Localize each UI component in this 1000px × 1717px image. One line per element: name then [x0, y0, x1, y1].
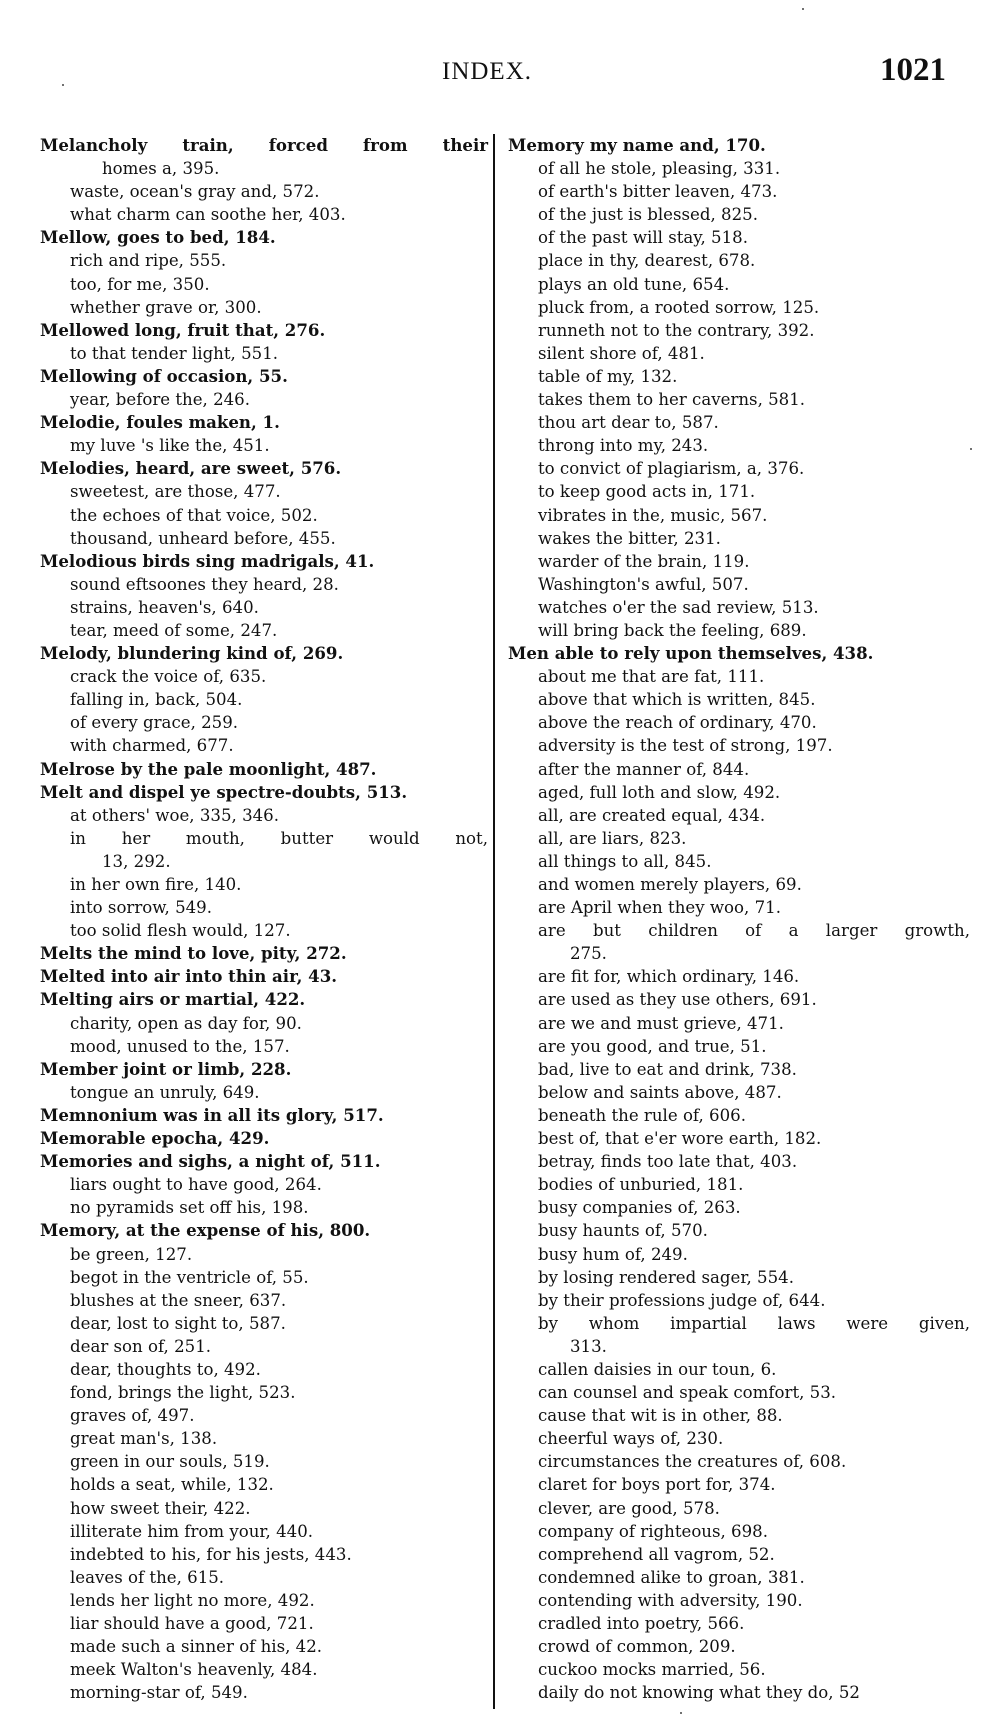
index-subentry: mood, unused to the, 157. [40, 1035, 488, 1058]
index-subentry: condemned alike to groan, 381. [508, 1566, 970, 1589]
index-heading-entry: Melodie, foules maken, 1. [40, 411, 488, 434]
index-heading-entry: Melancholy train, forced from their [40, 134, 488, 157]
index-subentry: plays an old tune, 654. [508, 273, 970, 296]
index-subentry: are we and must grieve, 471. [508, 1012, 970, 1035]
index-column-right: Memory my name and, 170.of all he stole,… [508, 134, 970, 1704]
index-subentry: comprehend all vagrom, 52. [508, 1543, 970, 1566]
index-subentry: clever, are good, 578. [508, 1497, 970, 1520]
index-subentry: liars ought to have good, 264. [40, 1173, 488, 1196]
index-subentry: rich and ripe, 555. [40, 249, 488, 272]
index-subentry: are you good, and true, 51. [508, 1035, 970, 1058]
print-speck [970, 448, 972, 450]
index-subentry: of earth's bitter leaven, 473. [508, 180, 970, 203]
index-subentry: bad, live to eat and drink, 738. [508, 1058, 970, 1081]
index-subentry: are April when they woo, 71. [508, 896, 970, 919]
index-subentry: illiterate him from your, 440. [40, 1520, 488, 1543]
index-subentry: cuckoo mocks married, 56. [508, 1658, 970, 1681]
index-subentry: after the manner of, 844. [508, 758, 970, 781]
index-entry-continuation: 13, 292. [40, 850, 488, 873]
index-heading-entry: Memories and sighs, a night of, 511. [40, 1150, 488, 1173]
index-subentry: charity, open as day for, 90. [40, 1012, 488, 1035]
index-subentry: in her mouth, butter would not, [40, 827, 488, 850]
index-subentry: by whom impartial laws were given, [508, 1312, 970, 1335]
index-subentry: can counsel and speak comfort, 53. [508, 1381, 970, 1404]
index-subentry: betray, finds too late that, 403. [508, 1150, 970, 1173]
print-speck [680, 1712, 682, 1714]
index-subentry: strains, heaven's, 640. [40, 596, 488, 619]
page-header: INDEX. 1021 [0, 52, 1000, 92]
index-subentry: liar should have a good, 721. [40, 1612, 488, 1635]
index-subentry: about me that are fat, 111. [508, 665, 970, 688]
index-subentry: green in our souls, 519. [40, 1450, 488, 1473]
index-subentry: tear, meed of some, 247. [40, 619, 488, 642]
index-subentry: indebted to his, for his jests, 443. [40, 1543, 488, 1566]
index-subentry: place in thy, dearest, 678. [508, 249, 970, 272]
index-heading-entry: Memory my name and, 170. [508, 134, 970, 157]
index-subentry: aged, full loth and slow, 492. [508, 781, 970, 804]
index-subentry: whether grave or, 300. [40, 296, 488, 319]
index-subentry: daily do not knowing what they do, 52 [508, 1681, 970, 1704]
index-subentry: claret for boys port for, 374. [508, 1473, 970, 1496]
index-subentry: cradled into poetry, 566. [508, 1612, 970, 1635]
index-subentry: bodies of unburied, 181. [508, 1173, 970, 1196]
index-subentry: all, are created equal, 434. [508, 804, 970, 827]
index-subentry: cheerful ways of, 230. [508, 1427, 970, 1450]
index-subentry: in her own fire, 140. [40, 873, 488, 896]
index-subentry: company of righteous, 698. [508, 1520, 970, 1543]
index-subentry: all things to all, 845. [508, 850, 970, 873]
index-heading-entry: Mellow, goes to bed, 184. [40, 226, 488, 249]
index-subentry: too, for me, 350. [40, 273, 488, 296]
index-subentry: leaves of the, 615. [40, 1566, 488, 1589]
index-subentry: busy hum of, 249. [508, 1243, 970, 1266]
index-subentry: above the reach of ordinary, 470. [508, 711, 970, 734]
index-heading-entry: Melting airs or martial, 422. [40, 988, 488, 1011]
index-heading-entry: Melrose by the pale moonlight, 487. [40, 758, 488, 781]
index-subentry: be green, 127. [40, 1243, 488, 1266]
index-subentry: are but children of a larger growth, [508, 919, 970, 942]
index-subentry: morning-star of, 549. [40, 1681, 488, 1704]
index-subentry: blushes at the sneer, 637. [40, 1289, 488, 1312]
index-subentry: lends her light no more, 492. [40, 1589, 488, 1612]
index-subentry: begot in the ventricle of, 55. [40, 1266, 488, 1289]
index-subentry: watches o'er the sad review, 513. [508, 596, 970, 619]
index-subentry: meek Walton's heavenly, 484. [40, 1658, 488, 1681]
index-subentry: warder of the brain, 119. [508, 550, 970, 573]
index-heading-entry: Melt and dispel ye spectre-doubts, 513. [40, 781, 488, 804]
index-subentry: sweetest, are those, 477. [40, 480, 488, 503]
index-column-left: Melancholy train, forced from theirhomes… [40, 134, 488, 1704]
index-entry-continuation: 313. [508, 1335, 970, 1358]
index-heading-entry: Memorable epocha, 429. [40, 1127, 488, 1150]
index-subentry: waste, ocean's gray and, 572. [40, 180, 488, 203]
index-subentry: to that tender light, 551. [40, 342, 488, 365]
index-subentry: pluck from, a rooted sorrow, 125. [508, 296, 970, 319]
index-heading-entry: Member joint or limb, 228. [40, 1058, 488, 1081]
index-subentry: year, before the, 246. [40, 388, 488, 411]
index-subentry: dear son of, 251. [40, 1335, 488, 1358]
index-subentry: great man's, 138. [40, 1427, 488, 1450]
index-subentry: are fit for, which ordinary, 146. [508, 965, 970, 988]
index-subentry: all, are liars, 823. [508, 827, 970, 850]
index-subentry: table of my, 132. [508, 365, 970, 388]
index-subentry: vibrates in the, music, 567. [508, 504, 970, 527]
index-heading-entry: Melted into air into thin air, 43. [40, 965, 488, 988]
index-subentry: the echoes of that voice, 502. [40, 504, 488, 527]
index-subentry: sound eftsoones they heard, 28. [40, 573, 488, 596]
index-subentry: how sweet their, 422. [40, 1497, 488, 1520]
index-subentry: thou art dear to, 587. [508, 411, 970, 434]
index-subentry: runneth not to the contrary, 392. [508, 319, 970, 342]
index-subentry: busy haunts of, 570. [508, 1219, 970, 1242]
page-number: 1021 [880, 52, 946, 89]
index-heading-entry: Melodies, heard, are sweet, 576. [40, 457, 488, 480]
print-speck [802, 8, 804, 10]
index-subentry: by their professions judge of, 644. [508, 1289, 970, 1312]
index-subentry: my luve 's like the, 451. [40, 434, 488, 457]
index-subentry: best of, that e'er wore earth, 182. [508, 1127, 970, 1150]
index-heading-entry: Melody, blundering kind of, 269. [40, 642, 488, 665]
index-subentry: fond, brings the light, 523. [40, 1381, 488, 1404]
index-heading-entry: Mellowing of occasion, 55. [40, 365, 488, 388]
index-subentry: dear, thoughts to, 492. [40, 1358, 488, 1381]
index-subentry: above that which is written, 845. [508, 688, 970, 711]
index-heading-entry: Men able to rely upon themselves, 438. [508, 642, 970, 665]
index-entry-continuation: 275. [508, 942, 970, 965]
index-subentry: tongue an unruly, 649. [40, 1081, 488, 1104]
index-subentry: will bring back the feeling, 689. [508, 619, 970, 642]
index-subentry: contending with adversity, 190. [508, 1589, 970, 1612]
index-subentry: adversity is the test of strong, 197. [508, 734, 970, 757]
index-subentry: into sorrow, 549. [40, 896, 488, 919]
index-subentry: busy companies of, 263. [508, 1196, 970, 1219]
index-subentry: with charmed, 677. [40, 734, 488, 757]
index-subentry: and women merely players, 69. [508, 873, 970, 896]
index-subentry: throng into my, 243. [508, 434, 970, 457]
index-subentry: to keep good acts in, 171. [508, 480, 970, 503]
index-heading-entry: Melts the mind to love, pity, 272. [40, 942, 488, 965]
index-subentry: takes them to her caverns, 581. [508, 388, 970, 411]
index-subentry: too solid flesh would, 127. [40, 919, 488, 942]
index-subentry: to convict of plagiarism, a, 376. [508, 457, 970, 480]
index-subentry: of the just is blessed, 825. [508, 203, 970, 226]
index-heading-entry: Mellowed long, fruit that, 276. [40, 319, 488, 342]
index-subentry: dear, lost to sight to, 587. [40, 1312, 488, 1335]
column-divider-rule [493, 134, 495, 1709]
index-heading-entry: Memnonium was in all its glory, 517. [40, 1104, 488, 1127]
index-subentry: wakes the bitter, 231. [508, 527, 970, 550]
index-subentry: falling in, back, 504. [40, 688, 488, 711]
index-subentry: what charm can soothe her, 403. [40, 203, 488, 226]
index-subentry: graves of, 497. [40, 1404, 488, 1427]
index-subentry: circumstances the creatures of, 608. [508, 1450, 970, 1473]
index-subentry: are used as they use others, 691. [508, 988, 970, 1011]
index-subentry: made such a sinner of his, 42. [40, 1635, 488, 1658]
index-heading-entry: Melodious birds sing madrigals, 41. [40, 550, 488, 573]
index-subentry: cause that wit is in other, 88. [508, 1404, 970, 1427]
index-subentry: crack the voice of, 635. [40, 665, 488, 688]
index-subentry: callen daisies in our toun, 6. [508, 1358, 970, 1381]
index-subentry: crowd of common, 209. [508, 1635, 970, 1658]
index-entry-continuation: homes a, 395. [40, 157, 488, 180]
index-subentry: below and saints above, 487. [508, 1081, 970, 1104]
index-subentry: at others' woe, 335, 346. [40, 804, 488, 827]
index-subentry: Washington's awful, 507. [508, 573, 970, 596]
index-subentry: of every grace, 259. [40, 711, 488, 734]
index-subentry: by losing rendered sager, 554. [508, 1266, 970, 1289]
index-heading-entry: Memory, at the expense of his, 800. [40, 1219, 488, 1242]
index-subentry: no pyramids set off his, 198. [40, 1196, 488, 1219]
index-subentry: holds a seat, while, 132. [40, 1473, 488, 1496]
index-subentry: silent shore of, 481. [508, 342, 970, 365]
index-subentry: of all he stole, pleasing, 331. [508, 157, 970, 180]
print-speck [62, 84, 64, 86]
index-subentry: of the past will stay, 518. [508, 226, 970, 249]
index-subentry: beneath the rule of, 606. [508, 1104, 970, 1127]
index-subentry: thousand, unheard before, 455. [40, 527, 488, 550]
running-title: INDEX. [442, 58, 532, 86]
